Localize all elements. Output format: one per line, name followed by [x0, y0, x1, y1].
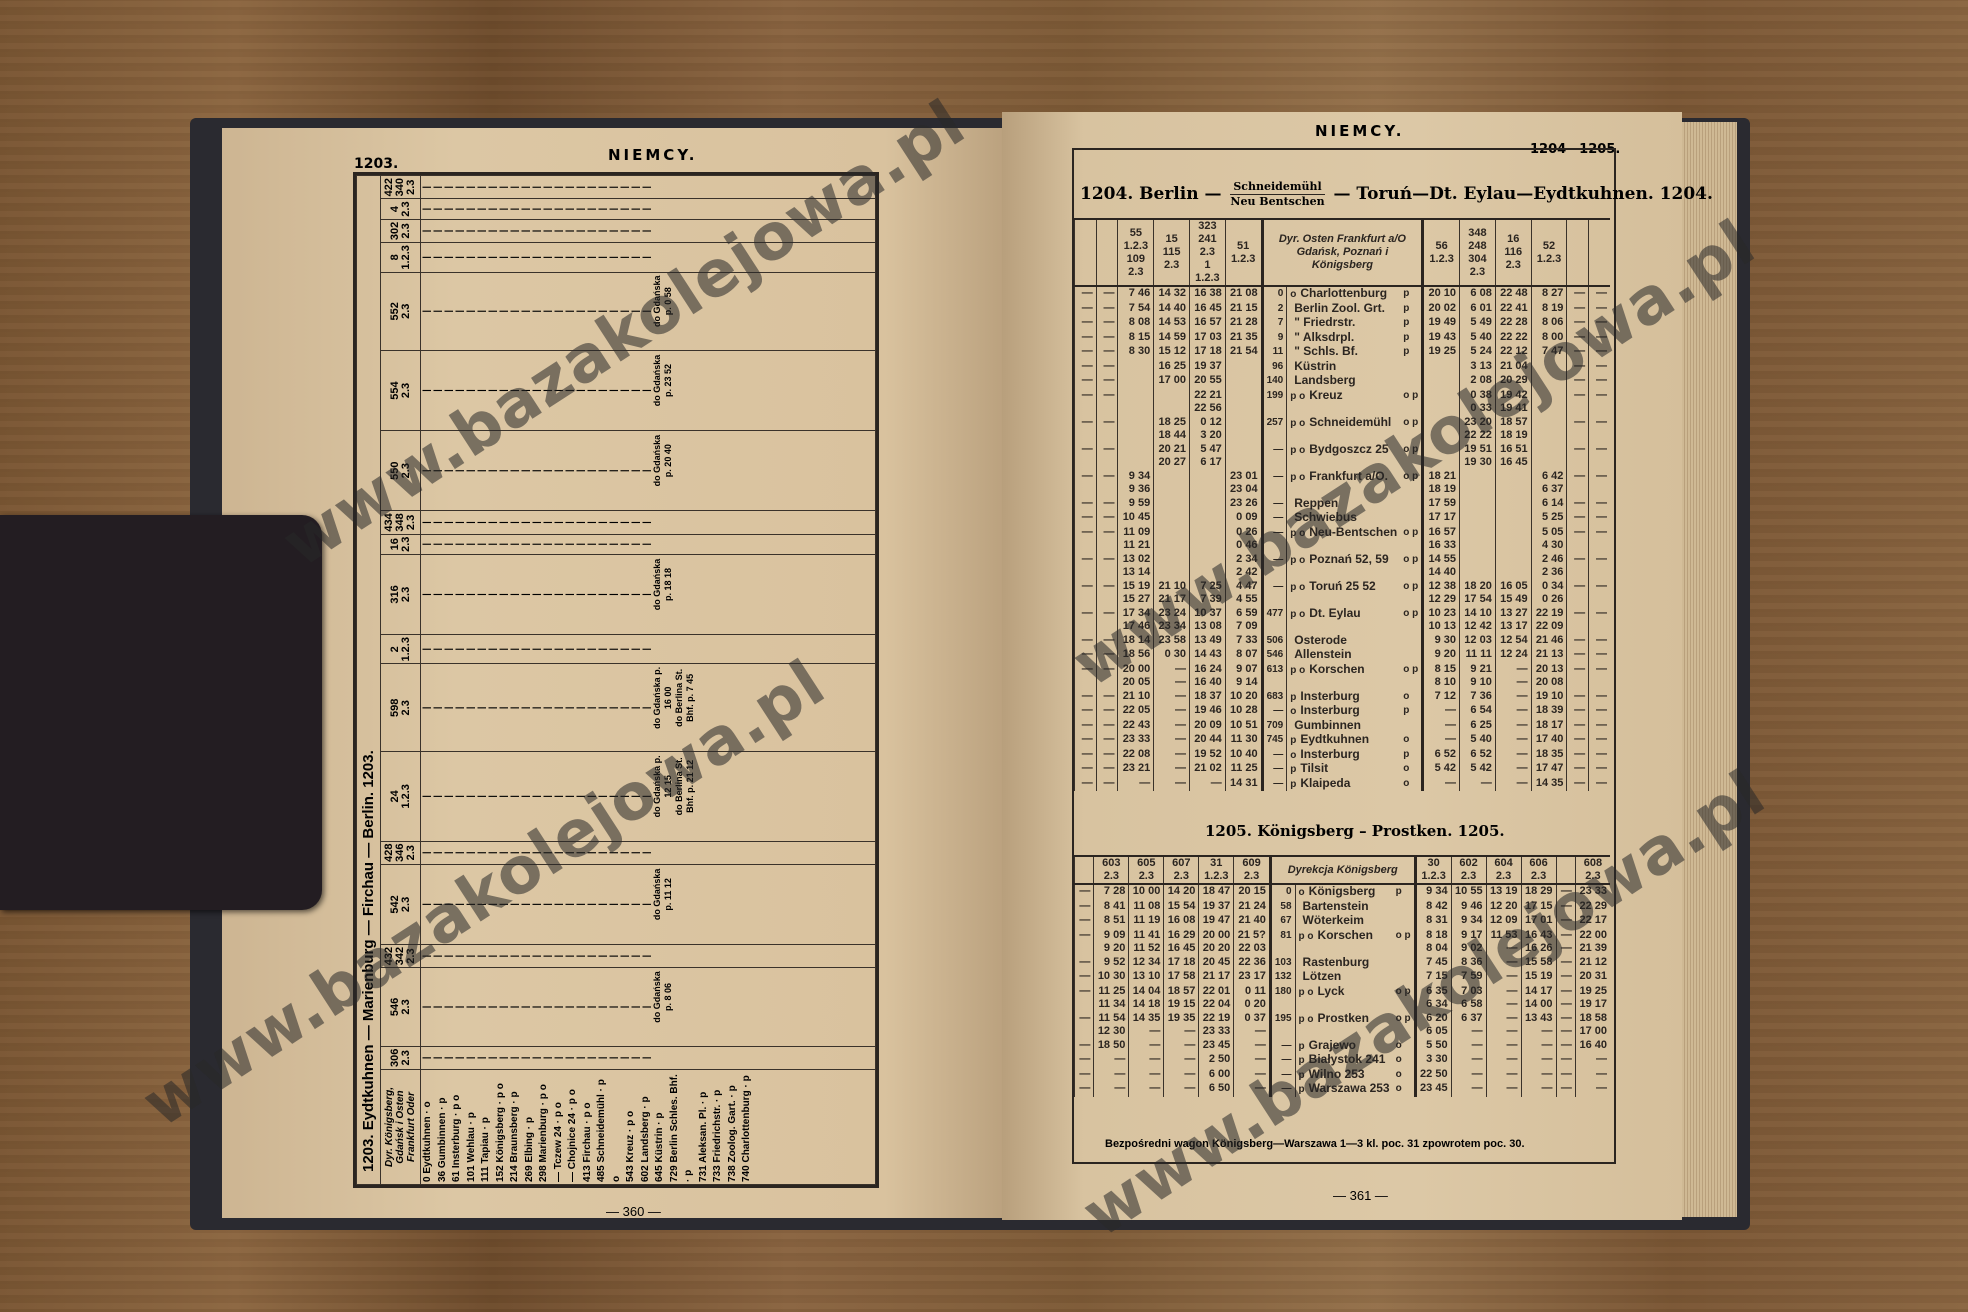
station-name: Charlottenburg	[741, 1090, 752, 1162]
arrival-time: 19 43	[1423, 331, 1460, 346]
departure-time: 23 2423 34	[1154, 607, 1190, 634]
departure-time: —	[1096, 553, 1118, 580]
arrival-time: 20 1320 08	[1531, 663, 1567, 690]
arrival-time: —	[1589, 634, 1610, 649]
arrival-time: 5 40	[1460, 331, 1496, 346]
arrival-time: —	[1556, 956, 1575, 971]
train-number-header: 42.3	[381, 199, 421, 219]
arrival-time: 6 01	[1460, 302, 1496, 317]
arr-dep-marker: p o	[1290, 582, 1305, 593]
arr-dep-marker	[1400, 511, 1423, 526]
departure-time: 21 08	[1225, 286, 1262, 302]
departure-time: —	[1075, 345, 1097, 360]
departure-time: —	[1096, 374, 1118, 389]
departure-time: 23 26	[1225, 497, 1262, 512]
km-value: 613	[1262, 663, 1287, 690]
train-column: |||||||||||||||||||||do Gdańska p. 12 15…	[421, 752, 876, 841]
train-number-header: 311.2.3	[1199, 856, 1234, 884]
arrival-time: —	[1589, 345, 1610, 360]
arrival-time: —	[1567, 331, 1589, 346]
km-value: 7	[1262, 316, 1287, 331]
departure-time: —	[1096, 316, 1118, 331]
arrival-time: 15 58	[1521, 956, 1556, 971]
departure-time: 19 52	[1190, 748, 1226, 763]
departure-time: 14 0414 18	[1129, 985, 1164, 1012]
departure-time: —	[1096, 663, 1118, 690]
km-value: —	[1262, 748, 1287, 763]
station-name: pWarszawa 253	[1295, 1082, 1393, 1097]
departure-time: —	[1164, 1082, 1199, 1097]
table-row: ——16 2519 3796Küstrin3 1321 04——	[1075, 360, 1611, 375]
arrival-time: 14 1714 00	[1521, 985, 1556, 1012]
km-value: —	[1262, 526, 1287, 553]
station-km: 413	[582, 1165, 593, 1182]
station-km: 111	[480, 1166, 491, 1182]
arrival-time	[1531, 360, 1567, 375]
km-value: 745	[1262, 733, 1287, 748]
station-label: Landsberg	[1294, 373, 1355, 387]
table-row: ——22 43—20 0910 51709Gumbinnen—6 25—18 1…	[1075, 719, 1611, 734]
station-name: Zoolog. Gart.	[727, 1100, 738, 1162]
arrival-time: 9 34	[1415, 884, 1451, 900]
arrival-time: —	[1567, 719, 1589, 734]
train-column: |||||||||||||||||||||	[421, 534, 876, 554]
arr-dep-marker: p o	[1290, 555, 1305, 566]
train-note: do Gdańska p. 0 58	[652, 275, 674, 348]
departure-time: —	[1075, 553, 1097, 580]
train-column: |||||||||||||||||||||do Gdańska p. 8 06	[421, 968, 876, 1046]
departure-time: —	[1075, 900, 1094, 915]
departure-time: 21 5?22 03	[1234, 929, 1271, 956]
departure-time: —	[1096, 331, 1118, 346]
departure-time: 17 18	[1164, 956, 1199, 971]
arrival-time	[1531, 416, 1567, 443]
km-value: —	[1270, 1082, 1295, 1097]
arrival-time: —	[1495, 719, 1531, 734]
station-label: Schwiebus	[1294, 510, 1357, 524]
station-row: 111 Tapiau · p	[479, 1072, 494, 1182]
arrival-time: 21 46	[1531, 634, 1567, 649]
km-value: —	[1270, 1039, 1295, 1054]
station-km: 298	[538, 1165, 549, 1182]
station-label: Rastenburg	[1303, 955, 1370, 969]
departure-time: 14 35—	[1129, 1012, 1164, 1039]
departure-time: —	[1096, 286, 1118, 302]
arrival-time: —	[1451, 1053, 1486, 1068]
departure-time: 10 45	[1118, 511, 1154, 526]
arrival-time: 21 12	[1575, 956, 1610, 971]
arrival-time: 11 11	[1460, 648, 1496, 663]
km-value: —	[1270, 1068, 1295, 1083]
arrival-time: —	[1589, 497, 1610, 512]
departure-time: 11 19	[1129, 914, 1164, 929]
arrival-time: —	[1589, 648, 1610, 663]
station-name: Tczew 24	[553, 1126, 564, 1169]
departure-time: 11 2511 34	[1094, 985, 1129, 1012]
station-name: Küstrin	[654, 1128, 665, 1163]
arr-dep-marker: p	[1393, 884, 1416, 900]
departure-time: —	[1096, 762, 1118, 777]
arr-dep-marker: p	[1299, 1055, 1305, 1066]
departure-time: —	[1096, 497, 1118, 512]
arrival-time: 22 50	[1415, 1068, 1451, 1083]
arrival-time: 22 48	[1495, 286, 1531, 302]
station-row: 152 Königsberg · p o	[494, 1072, 509, 1182]
departure-time: —	[1075, 416, 1097, 443]
arrival-time: —	[1567, 511, 1589, 526]
station-label: Wöterkeim	[1303, 913, 1364, 927]
departure-time: 23 17	[1234, 970, 1271, 985]
arrival-time: 23 2022 22	[1460, 416, 1496, 443]
departure-time: 20 45	[1199, 956, 1234, 971]
departure-time: —	[1096, 443, 1118, 470]
title-via-bottom: Neu Bentschen	[1230, 195, 1324, 209]
arrival-time: —	[1589, 777, 1610, 792]
departure-time: 17 3417 46	[1118, 607, 1154, 634]
departure-time: 14 40	[1154, 302, 1190, 317]
arrival-time: 20 29	[1495, 374, 1531, 389]
arrival-time: 18 5817 00	[1575, 1012, 1610, 1039]
arrival-time: 20 10	[1423, 286, 1460, 302]
km-value: —	[1262, 777, 1287, 792]
departure-time: 15 1915 27	[1118, 580, 1154, 607]
station-label: Insterburg	[1300, 703, 1359, 717]
departure-time: 21 02	[1190, 762, 1226, 777]
table-row: —18 50——23 45——pGrajewoo5 50————16 40	[1075, 1039, 1611, 1054]
departure-time: 4 474 55	[1225, 580, 1262, 607]
arrival-time: 9 30	[1423, 634, 1460, 649]
arrival-time: —	[1556, 1053, 1575, 1068]
departure-time: —	[1234, 1039, 1271, 1054]
arrival-time: —	[1495, 704, 1531, 719]
arrival-time: 14 1012 42	[1460, 607, 1496, 634]
train-number-header: 6022.3	[1451, 856, 1486, 884]
arr-dep-marker: p o	[1290, 609, 1305, 620]
arrival-time: 22 0021 39	[1575, 929, 1610, 956]
arrival-time: 15 19	[1521, 970, 1556, 985]
departure-time	[1190, 470, 1226, 497]
train-column: |||||||||||||||||||||do Gdańska p. 23 52	[421, 350, 876, 430]
departure-time: 18 56	[1118, 648, 1154, 663]
table-row: ——22 08—19 5210 40—oInsterburgp6 526 52—…	[1075, 748, 1611, 763]
arrival-time: —	[1486, 1068, 1521, 1083]
departure-time	[1190, 526, 1226, 553]
departure-time: —	[1096, 416, 1118, 443]
arrival-time	[1495, 526, 1531, 553]
departure-time: 8 08	[1118, 316, 1154, 331]
departure-time: —	[1075, 511, 1097, 526]
train-note: do Gdańska p. 20 40	[652, 433, 674, 508]
station-name: Allenstein	[1287, 648, 1401, 663]
station-name: Berlin Zool. Grt.	[1287, 302, 1401, 317]
departure-time: 22 43	[1118, 719, 1154, 734]
station-arr-dep: p	[727, 1085, 738, 1091]
departure-time: 10 20	[1225, 690, 1262, 705]
station-row: 36 Gumbinnen · p	[436, 1072, 451, 1182]
departure-time: 19 37	[1190, 360, 1226, 375]
arrival-time: —	[1589, 470, 1610, 497]
station-name: Braunsberg	[509, 1106, 520, 1162]
arrival-time: —	[1451, 1039, 1486, 1054]
table-row: ——21 10—18 3710 20683pInsterburgo7 127 3…	[1075, 690, 1611, 705]
arr-dep-marker: o	[1400, 777, 1423, 792]
departure-time: —	[1075, 648, 1097, 663]
station-label: Grajewo	[1309, 1038, 1356, 1052]
arrival-time: —	[1460, 777, 1496, 792]
arr-dep-marker: p o	[1299, 987, 1314, 998]
dark-bookmark-tab	[0, 515, 322, 910]
departure-time: 22 0122 04	[1199, 985, 1234, 1012]
left-running-head: NIEMCY.	[608, 146, 697, 164]
station-label: Poznań 52, 59	[1309, 552, 1388, 566]
title-via: Schneidemühl Neu Bentschen	[1230, 180, 1324, 209]
arrival-time: 6 37—	[1451, 1012, 1486, 1039]
arrival-time: 13 43—	[1521, 1012, 1556, 1039]
departure-time: —	[1075, 389, 1097, 416]
arrival-time: —	[1495, 733, 1531, 748]
station-name: Königsberg	[495, 1107, 506, 1163]
station-name: pBiałystok 241	[1295, 1053, 1393, 1068]
departure-time: 19 47	[1199, 914, 1234, 929]
station-row: 214 Braunsberg · p	[508, 1072, 523, 1182]
train-number-header: 162.3	[381, 534, 421, 554]
km-value: 546	[1262, 648, 1287, 663]
arr-dep-marker: p	[1400, 704, 1423, 719]
departure-time: —	[1129, 1053, 1164, 1068]
arr-dep-marker	[1393, 956, 1416, 971]
station-name: Friedrichstr.	[712, 1105, 723, 1163]
train-column: |||||||||||||||||||||do Gdańska p. 0 58	[421, 272, 876, 350]
arrival-time: 19 5119 30	[1460, 443, 1496, 470]
arr-dep-marker: o p	[1393, 929, 1416, 956]
departure-time: —	[1075, 690, 1097, 705]
timetable-1203-rotated: 1203. Eydtkuhnen — Marienburg — Firchau …	[356, 175, 876, 1185]
arrival-time: 10 55	[1451, 884, 1486, 900]
station-name: Rastenburg	[1295, 956, 1393, 971]
table-1204-title: 1204. Berlin — Schneidemühl Neu Bentsche…	[1080, 180, 1713, 209]
departure-time: 16 38	[1190, 286, 1226, 302]
table-row: ——7 5414 4016 4521 152Berlin Zool. Grt.p…	[1075, 302, 1611, 317]
arr-dep-marker: o	[1400, 762, 1423, 777]
arrival-time: 18 17	[1531, 719, 1567, 734]
arrival-time: —	[1589, 286, 1610, 302]
arrival-time: ——	[1495, 663, 1531, 690]
arrival-time: 6 52	[1460, 748, 1496, 763]
station-label: " Friedrstr.	[1294, 315, 1355, 329]
table-row: ——9 349 3623 0123 04—p oFrankfurt a/O.o …	[1075, 470, 1611, 497]
km-value: 132	[1270, 970, 1295, 985]
arrival-time: —	[1567, 497, 1589, 512]
departure-time: 7 28	[1094, 884, 1129, 900]
station-label: Lötzen	[1303, 969, 1342, 983]
train-note: do Gdańska p. 23 52	[652, 353, 674, 428]
station-name: Tapiau	[480, 1132, 491, 1163]
arrival-time: 17 40	[1531, 733, 1567, 748]
arrival-time: 17 59	[1423, 497, 1460, 512]
station-row: — Tczew 24 · p o	[552, 1072, 567, 1182]
arrival-time: 21 04	[1495, 360, 1531, 375]
departure-time: —	[1154, 733, 1190, 748]
departure-time: 14 31	[1225, 777, 1262, 792]
station-km: —	[567, 1172, 578, 1182]
station-arr-dep: p o	[538, 1084, 549, 1099]
table-row: ——9 5923 26—Reppen17 596 14——	[1075, 497, 1611, 512]
station-km: 269	[524, 1165, 535, 1182]
train-column: |||||||||||||||||||||do Gdańska p. 18 18	[421, 554, 876, 634]
train-note: do Gdańska p. 16 00do Berlina St. Bhf. p…	[652, 667, 696, 750]
departure-time: —	[1094, 1053, 1129, 1068]
departure-time: 13 10	[1129, 970, 1164, 985]
arrival-time: 16 40	[1575, 1039, 1610, 1054]
arrival-time: —	[1423, 704, 1460, 719]
arrival-time: 8 36	[1451, 956, 1486, 971]
direction-header: Dyr. Osten Frankfurt a/O Gdańsk, Poznań …	[1262, 219, 1423, 286]
station-row: 61 Insterburg · p o	[450, 1072, 465, 1182]
km-value: —	[1270, 1053, 1295, 1068]
departure-time: 15 12	[1154, 345, 1190, 360]
table-1205-title: 1205. Königsberg – Prostken. 1205.	[1205, 822, 1505, 840]
departure-time: —	[1164, 1053, 1199, 1068]
station-row: 101 Wehlau · p	[465, 1072, 480, 1182]
arrival-time: 18 5718 19	[1495, 416, 1531, 443]
station-label: Berlin Zool. Grt.	[1294, 301, 1385, 315]
train-number-header	[1075, 219, 1097, 286]
arrival-time: 6 426 37	[1531, 470, 1567, 497]
arrival-time: —	[1451, 1082, 1486, 1097]
arr-dep-marker: p	[1290, 764, 1296, 775]
arrival-time: 22 29	[1575, 900, 1610, 915]
arr-dep-marker	[1393, 970, 1416, 985]
departure-time: 23 21	[1118, 762, 1154, 777]
departure-time: 18 5719 15	[1164, 985, 1199, 1012]
departure-time: —	[1075, 1082, 1094, 1097]
arrival-time: 12 3812 29	[1423, 580, 1460, 607]
arrival-time: 8 31	[1415, 914, 1451, 929]
station-label: Gumbinnen	[1294, 718, 1361, 732]
station-row: 298 Marienburg · p o	[537, 1072, 552, 1182]
arrival-time: —	[1521, 1053, 1556, 1068]
departure-time	[1190, 511, 1226, 526]
arrival-time: —	[1567, 302, 1589, 317]
departure-time: 11 5412 30	[1094, 1012, 1129, 1039]
arrival-time: 8 42	[1415, 900, 1451, 915]
arr-dep-marker: o	[1400, 690, 1423, 705]
arrival-time: —	[1495, 690, 1531, 705]
arrival-time: —	[1567, 748, 1589, 763]
train-number-header: 4283462.3	[381, 841, 421, 864]
departure-time: 23 58	[1154, 634, 1190, 649]
departure-time: 14 53	[1154, 316, 1190, 331]
arrival-time: —	[1589, 704, 1610, 719]
arrival-time: 9 46	[1451, 900, 1486, 915]
departure-time: —	[1075, 777, 1097, 792]
arrival-time: —	[1589, 302, 1610, 317]
km-value: 11	[1262, 345, 1287, 360]
arrival-time: 5 40	[1460, 733, 1496, 748]
table-row: ——23 33—20 4411 30745pEydtkuhneno—5 40—1…	[1075, 733, 1611, 748]
arrival-time: —	[1575, 1053, 1610, 1068]
table-row: ——22 2122 56199p oKreuzo p0 380 3319 421…	[1075, 389, 1611, 416]
train-number-header: 3022.3	[381, 219, 421, 242]
station-name: p oFrankfurt a/O.	[1287, 470, 1401, 497]
direction-header: Dyr. Königsberg, Gdańsk i Osten Frankfur…	[381, 1070, 421, 1185]
departure-time: —	[1096, 345, 1118, 360]
departure-time: 18 47	[1199, 884, 1234, 900]
departure-time: —	[1075, 286, 1097, 302]
station-name: p oPoznań 52, 59	[1287, 553, 1401, 580]
arrival-time: 5 42	[1460, 762, 1496, 777]
departure-time: —	[1075, 526, 1097, 553]
arrival-time: —	[1567, 553, 1589, 580]
arrival-time: 17 01	[1521, 914, 1556, 929]
train-number-header: 6062.3	[1521, 856, 1556, 884]
km-value: —	[1262, 762, 1287, 777]
arrival-time: ——	[1486, 985, 1521, 1012]
station-name: pWilno 253	[1295, 1068, 1393, 1083]
station-km: 729	[669, 1165, 680, 1182]
arrival-time: 19 25	[1423, 345, 1460, 360]
arrival-time: 6 25	[1460, 719, 1496, 734]
departure-time: ——	[1154, 663, 1190, 690]
station-arr-dep: p	[683, 1170, 694, 1176]
arrival-time	[1423, 416, 1460, 443]
arrival-time: —	[1556, 884, 1575, 900]
station-name: pKlaipeda	[1287, 777, 1401, 792]
arr-dep-marker: o p	[1400, 470, 1423, 497]
km-value: —	[1262, 553, 1287, 580]
departure-time: 16 25	[1154, 360, 1190, 375]
arrival-time: 9 20	[1423, 648, 1460, 663]
train-number-header: 6092.3	[1234, 856, 1271, 884]
departure-time: —	[1129, 1039, 1164, 1054]
station-km: 36	[437, 1171, 448, 1182]
train-number-header: 561.2.3	[1423, 219, 1460, 286]
page-edges	[1682, 122, 1737, 1217]
departure-time: —	[1154, 748, 1190, 763]
station-name: oCharlottenburg	[1287, 286, 1401, 302]
departure-time	[1154, 497, 1190, 512]
right-page-number: — 361 —	[1333, 1188, 1388, 1203]
station-name: Osterode	[1287, 634, 1401, 649]
departure-time	[1154, 553, 1190, 580]
km-value: 96	[1262, 360, 1287, 375]
station-label: Königsberg	[1309, 884, 1376, 898]
arrival-time	[1495, 511, 1531, 526]
station-label: " Alksdrpl.	[1294, 330, 1354, 344]
departure-time: 19 35—	[1164, 1012, 1199, 1039]
train-column: |||||||||||||||||||||	[421, 511, 876, 534]
train-number-header: 511.2.3	[1225, 219, 1262, 286]
departure-time: 8 30	[1118, 345, 1154, 360]
departure-time: 6 597 09	[1225, 607, 1262, 634]
departure-time: 11 30	[1225, 733, 1262, 748]
departure-time: 16 08	[1164, 914, 1199, 929]
table-row: ——20 0020 05——16 2416 409 079 14613p oKo…	[1075, 663, 1611, 690]
arrival-time: —	[1567, 733, 1589, 748]
departure-time: 21 24	[1234, 900, 1271, 915]
departure-time: 7 33	[1225, 634, 1262, 649]
arr-dep-marker: p	[1400, 331, 1423, 346]
departure-time: 18 14	[1118, 634, 1154, 649]
station-row: 0 Eydtkuhnen · o	[421, 1072, 436, 1182]
arrival-time: —	[1423, 719, 1460, 734]
station-name: pEydtkuhnen	[1287, 733, 1401, 748]
train-column: |||||||||||||||||||||	[421, 841, 876, 864]
arr-dep-marker	[1400, 497, 1423, 512]
departure-time	[1190, 497, 1226, 512]
departure-time: —	[1154, 777, 1190, 792]
arrival-time: —	[1589, 762, 1610, 777]
